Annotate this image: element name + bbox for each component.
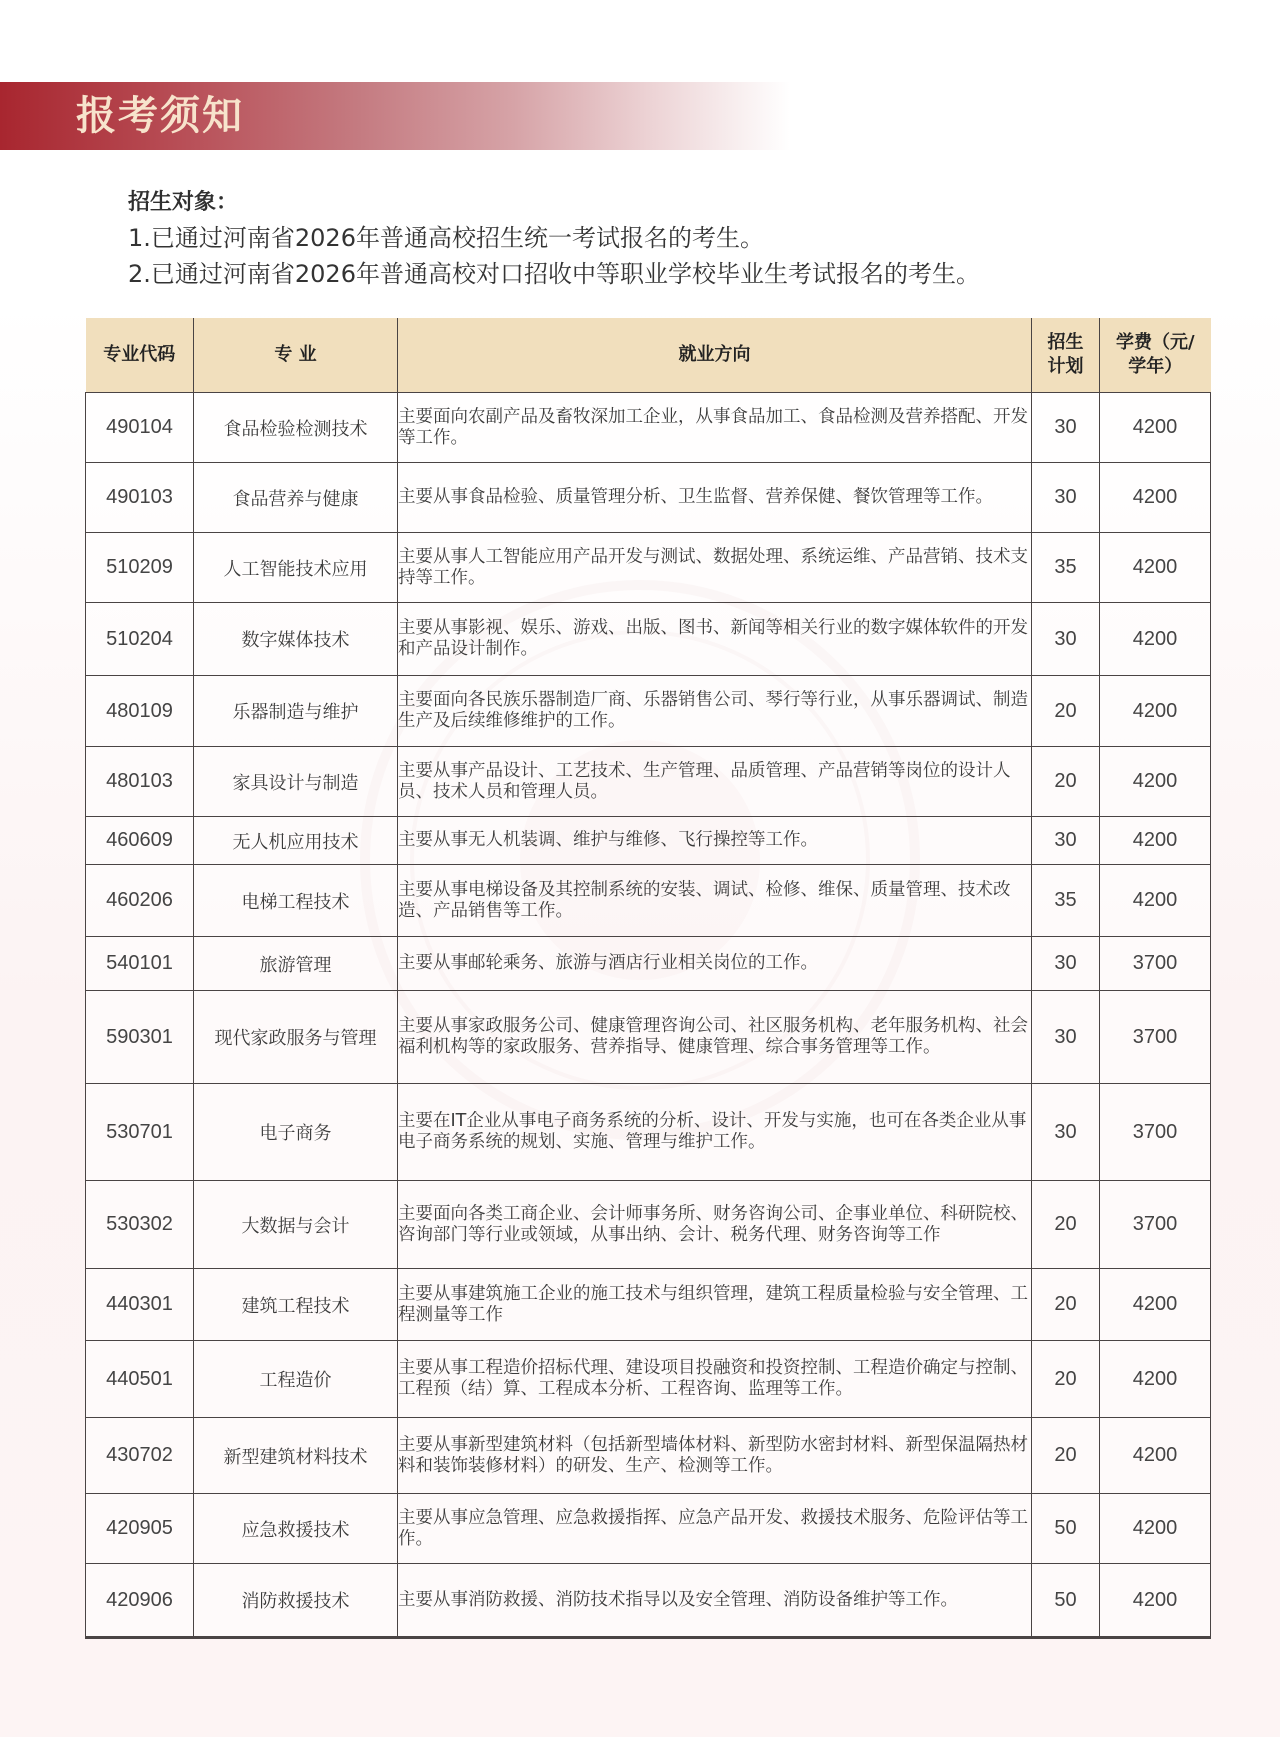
major-code-cell: 510204: [86, 603, 194, 676]
tuition-cell: 4200: [1100, 1564, 1211, 1638]
career-direction-cell: 主要面向各民族乐器制造厂商、乐器销售公司、琴行等行业，从事乐器调试、制造生产及后…: [398, 676, 1032, 747]
table-row: 420906消防救援技术主要从事消防救援、消防技术指导以及安全管理、消防设备维护…: [86, 1564, 1211, 1638]
section-title: 报考须知: [76, 88, 244, 144]
tuition-cell: 4200: [1100, 393, 1211, 463]
major-name-cell: 食品检验检测技术: [194, 393, 398, 463]
tuition-cell: 4200: [1100, 817, 1211, 865]
career-direction-cell: 主要从事消防救援、消防技术指导以及安全管理、消防设备维护等工作。: [398, 1564, 1032, 1638]
table-row: 540101旅游管理主要从事邮轮乘务、旅游与酒店行业相关岗位的工作。303700: [86, 937, 1211, 991]
major-name-cell: 家具设计与制造: [194, 747, 398, 817]
table-row: 430702新型建筑材料技术主要从事新型建筑材料（包括新型墙体材料、新型防水密封…: [86, 1418, 1211, 1494]
header-major: 专 业: [194, 318, 398, 393]
major-name-cell: 无人机应用技术: [194, 817, 398, 865]
major-name-cell: 电梯工程技术: [194, 865, 398, 937]
major-code-cell: 460206: [86, 865, 194, 937]
enrollment-quota-cell: 30: [1032, 1084, 1100, 1181]
career-direction-cell: 主要从事无人机装调、维护与维修、飞行操控等工作。: [398, 817, 1032, 865]
major-name-cell: 食品营养与健康: [194, 463, 398, 533]
enrollment-quota-cell: 20: [1032, 1181, 1100, 1269]
major-name-cell: 新型建筑材料技术: [194, 1418, 398, 1494]
table-row: 590301现代家政服务与管理主要从事家政服务公司、健康管理咨询公司、社区服务机…: [86, 991, 1211, 1084]
tuition-cell: 3700: [1100, 937, 1211, 991]
admission-target-item: 2.已通过河南省2026年普通高校对口招收中等职业学校毕业生考试报名的考生。: [128, 256, 1128, 292]
career-direction-cell: 主要在IT企业从事电子商务系统的分析、设计、开发与实施，也可在各类企业从事电子商…: [398, 1084, 1032, 1181]
career-direction-cell: 主要从事建筑施工企业的施工技术与组织管理，建筑工程质量检验与安全管理、工程测量等…: [398, 1269, 1032, 1341]
table-row: 460206电梯工程技术主要从事电梯设备及其控制系统的安装、调试、检修、维保、质…: [86, 865, 1211, 937]
major-name-cell: 应急救援技术: [194, 1494, 398, 1564]
enrollment-quota-cell: 50: [1032, 1564, 1100, 1638]
major-code-cell: 460609: [86, 817, 194, 865]
table-row: 480109乐器制造与维护主要面向各民族乐器制造厂商、乐器销售公司、琴行等行业，…: [86, 676, 1211, 747]
major-code-cell: 480109: [86, 676, 194, 747]
enrollment-quota-cell: 20: [1032, 1269, 1100, 1341]
career-direction-cell: 主要从事产品设计、工艺技术、生产管理、品质管理、产品营销等岗位的设计人员、技术人…: [398, 747, 1032, 817]
header-tuition: 学费（元/学年）: [1100, 318, 1211, 393]
major-code-cell: 430702: [86, 1418, 194, 1494]
enrollment-quota-cell: 30: [1032, 603, 1100, 676]
table-row: 510209人工智能技术应用主要从事人工智能应用产品开发与测试、数据处理、系统运…: [86, 533, 1211, 603]
tuition-cell: 4200: [1100, 1341, 1211, 1418]
enrollment-quota-cell: 20: [1032, 1418, 1100, 1494]
table-row: 480103家具设计与制造主要从事产品设计、工艺技术、生产管理、品质管理、产品营…: [86, 747, 1211, 817]
major-name-cell: 电子商务: [194, 1084, 398, 1181]
enrollment-quota-cell: 20: [1032, 747, 1100, 817]
enrollment-quota-cell: 20: [1032, 676, 1100, 747]
major-name-cell: 大数据与会计: [194, 1181, 398, 1269]
majors-table: 专业代码 专 业 就业方向 招生计划 学费（元/学年） 490104食品检验检测…: [85, 318, 1211, 1639]
table-row: 530302大数据与会计主要面向各类工商企业、会计师事务所、财务咨询公司、企事业…: [86, 1181, 1211, 1269]
table-row: 510204数字媒体技术主要从事影视、娱乐、游戏、出版、图书、新闻等相关行业的数…: [86, 603, 1211, 676]
enrollment-quota-cell: 30: [1032, 937, 1100, 991]
table-row: 490103食品营养与健康主要从事食品检验、质量管理分析、卫生监督、营养保健、餐…: [86, 463, 1211, 533]
major-code-cell: 540101: [86, 937, 194, 991]
table-row: 420905应急救援技术主要从事应急管理、应急救援指挥、应急产品开发、救援技术服…: [86, 1494, 1211, 1564]
header-career: 就业方向: [398, 318, 1032, 393]
tuition-cell: 4200: [1100, 1269, 1211, 1341]
enrollment-quota-cell: 30: [1032, 463, 1100, 533]
major-code-cell: 530701: [86, 1084, 194, 1181]
major-code-cell: 490104: [86, 393, 194, 463]
career-direction-cell: 主要面向农副产品及畜牧深加工企业，从事食品加工、食品检测及营养搭配、开发等工作。: [398, 393, 1032, 463]
tuition-cell: 4200: [1100, 463, 1211, 533]
career-direction-cell: 主要从事影视、娱乐、游戏、出版、图书、新闻等相关行业的数字媒体软件的开发和产品设…: [398, 603, 1032, 676]
header-quota: 招生计划: [1032, 318, 1100, 393]
career-direction-cell: 主要从事新型建筑材料（包括新型墙体材料、新型防水密封材料、新型保温隔热材料和装饰…: [398, 1418, 1032, 1494]
admission-target-item: 1.已通过河南省2026年普通高校招生统一考试报名的考生。: [128, 220, 1128, 256]
table-row: 440501工程造价主要从事工程造价招标代理、建设项目投融资和投资控制、工程造价…: [86, 1341, 1211, 1418]
enrollment-quota-cell: 50: [1032, 1494, 1100, 1564]
tuition-cell: 3700: [1100, 1181, 1211, 1269]
tuition-cell: 4200: [1100, 865, 1211, 937]
table-header-row: 专业代码 专 业 就业方向 招生计划 学费（元/学年）: [86, 318, 1211, 393]
enrollment-quota-cell: 30: [1032, 393, 1100, 463]
major-name-cell: 乐器制造与维护: [194, 676, 398, 747]
major-name-cell: 工程造价: [194, 1341, 398, 1418]
career-direction-cell: 主要从事食品检验、质量管理分析、卫生监督、营养保健、餐饮管理等工作。: [398, 463, 1032, 533]
major-name-cell: 人工智能技术应用: [194, 533, 398, 603]
major-code-cell: 590301: [86, 991, 194, 1084]
major-code-cell: 440501: [86, 1341, 194, 1418]
header-quota-label: 招生计划: [1046, 331, 1086, 379]
career-direction-cell: 主要从事邮轮乘务、旅游与酒店行业相关岗位的工作。: [398, 937, 1032, 991]
career-direction-cell: 主要面向各类工商企业、会计师事务所、财务咨询公司、企事业单位、科研院校、咨询部门…: [398, 1181, 1032, 1269]
tuition-cell: 4200: [1100, 747, 1211, 817]
major-code-cell: 480103: [86, 747, 194, 817]
career-direction-cell: 主要从事工程造价招标代理、建设项目投融资和投资控制、工程造价确定与控制、工程预（…: [398, 1341, 1032, 1418]
tuition-cell: 3700: [1100, 1084, 1211, 1181]
major-name-cell: 旅游管理: [194, 937, 398, 991]
enrollment-quota-cell: 20: [1032, 1341, 1100, 1418]
tuition-cell: 3700: [1100, 991, 1211, 1084]
major-name-cell: 消防救援技术: [194, 1564, 398, 1638]
career-direction-cell: 主要从事人工智能应用产品开发与测试、数据处理、系统运维、产品营销、技术支持等工作…: [398, 533, 1032, 603]
major-name-cell: 建筑工程技术: [194, 1269, 398, 1341]
major-name-cell: 数字媒体技术: [194, 603, 398, 676]
enrollment-quota-cell: 30: [1032, 817, 1100, 865]
tuition-cell: 4200: [1100, 603, 1211, 676]
admission-targets: 招生对象： 1.已通过河南省2026年普通高校招生统一考试报名的考生。 2.已通…: [128, 186, 1128, 292]
major-name-cell: 现代家政服务与管理: [194, 991, 398, 1084]
major-code-cell: 490103: [86, 463, 194, 533]
career-direction-cell: 主要从事电梯设备及其控制系统的安装、调试、检修、维保、质量管理、技术改造、产品销…: [398, 865, 1032, 937]
table-row: 530701电子商务主要在IT企业从事电子商务系统的分析、设计、开发与实施，也可…: [86, 1084, 1211, 1181]
major-code-cell: 530302: [86, 1181, 194, 1269]
table-row: 460609无人机应用技术主要从事无人机装调、维护与维修、飞行操控等工作。304…: [86, 817, 1211, 865]
major-code-cell: 420905: [86, 1494, 194, 1564]
tuition-cell: 4200: [1100, 1418, 1211, 1494]
table-body: 490104食品检验检测技术主要面向农副产品及畜牧深加工企业，从事食品加工、食品…: [86, 393, 1211, 1638]
tuition-cell: 4200: [1100, 676, 1211, 747]
enrollment-quota-cell: 35: [1032, 533, 1100, 603]
tuition-cell: 4200: [1100, 1494, 1211, 1564]
tuition-cell: 4200: [1100, 533, 1211, 603]
career-direction-cell: 主要从事家政服务公司、健康管理咨询公司、社区服务机构、老年服务机构、社会福利机构…: [398, 991, 1032, 1084]
major-code-cell: 420906: [86, 1564, 194, 1638]
enrollment-quota-cell: 35: [1032, 865, 1100, 937]
major-code-cell: 440301: [86, 1269, 194, 1341]
admission-targets-heading: 招生对象：: [128, 186, 1128, 220]
major-code-cell: 510209: [86, 533, 194, 603]
header-tuition-label: 学费（元/学年）: [1112, 331, 1198, 379]
enrollment-quota-cell: 30: [1032, 991, 1100, 1084]
career-direction-cell: 主要从事应急管理、应急救援指挥、应急产品开发、救援技术服务、危险评估等工作。: [398, 1494, 1032, 1564]
header-code: 专业代码: [86, 318, 194, 393]
table-row: 440301建筑工程技术主要从事建筑施工企业的施工技术与组织管理，建筑工程质量检…: [86, 1269, 1211, 1341]
table-row: 490104食品检验检测技术主要面向农副产品及畜牧深加工企业，从事食品加工、食品…: [86, 393, 1211, 463]
